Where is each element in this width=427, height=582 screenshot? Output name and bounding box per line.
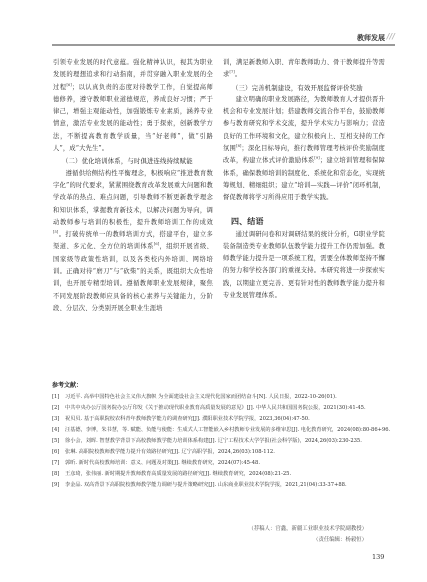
reference-item: [3]祝贝贝. 基于高职院校农科青年教师教学能力的调查研究[J]. 濮阳职业技术… — [52, 414, 395, 425]
reviewer-note: （荐稿人：官鑫，新疆工业职业技术学院副教授） — [248, 524, 367, 532]
section-title: 教师发展 — [357, 33, 385, 43]
reference-item: [7]郭昕. 新时代高校教师培训：意义、问题及对策[J]. 继续教育研究，202… — [52, 458, 395, 469]
left-column: 引领专业发展的时代意蕴。强化精神认识，视其为职业发展的理想追求和行动指南，并贯穿… — [53, 57, 213, 315]
page-number: 139 — [372, 553, 384, 561]
header-decoration: /// — [387, 32, 395, 41]
reference-item: [2]中共中央办公厅国务院办公厅印发《关于推动现代职业教育高质量发展的意见》[J… — [52, 403, 395, 414]
running-header: 教师发展 /// — [52, 30, 395, 46]
references: 参考文献： [1]习近平. 高举中国特色社会主义伟大旗帜 为全面建设社会主义现代… — [52, 381, 395, 491]
paragraph: 遵循供给侧结构性平衡理念，积极响应“推进教育数字化”的时代要求，紧紧围绕教育改革… — [53, 168, 213, 316]
header-rule — [52, 44, 395, 46]
reference-item: [8]王彦琦，张伟丽. 新时期提升教师教育高质量发展的路径研究[J]. 继续教育… — [52, 469, 395, 480]
paragraph: 引领专业发展的时代意蕴。强化精神认识，视其为职业发展的理想追求和行动指南，并贯穿… — [53, 57, 213, 155]
paragraph: 训，满足新教师入职、青年教师助力、骨干教师提升等需求[7]。 — [223, 57, 385, 82]
subsection-heading: （三）完善机制建设，有效开展监督评价奖励 — [223, 82, 385, 94]
references-title: 参考文献： — [52, 381, 395, 391]
reference-item: [5]徐小会，刘晖. 智慧教学背景下高校教师教学能力培训体系构建[J]. 辽宁工… — [52, 436, 395, 447]
reference-item: [1]习近平. 高举中国特色社会主义伟大旗帜 为全面建设社会主义现代化国家而团结… — [52, 392, 395, 403]
subsection-heading: （二）优化培训体系，与时俱进连线持续赋能 — [53, 155, 213, 167]
reference-item: [9]李金品. 双高背景下高职院校教师教学能力调研与提升策略研究[J]. 山东商… — [52, 480, 395, 491]
editor-note: （责任编辑：杨毅恒） — [313, 535, 367, 543]
paragraph: 通过调研问卷和对调研结果的统计分析，G职业学院装备制造类专业教师队伍教学能力提升… — [223, 229, 385, 303]
section-heading: 四、结语 — [223, 215, 385, 229]
right-column: 训，满足新教师入职、青年教师助力、骨干教师提升等需求[7]。 （三）完善机制建设… — [223, 57, 385, 302]
reference-item: [6]张琳. 高职院校教师教学能力提升有效路径研究[J]. 辽宁高职学报，202… — [52, 447, 395, 458]
paragraph: 建立明确的职业发展路径，为教师教育人才提供晋升机会和专业发展计划；搭建教师交流合… — [223, 94, 385, 205]
reference-item: [4]汪基德，李博，朱书慧，等. 赋能、负能与使能：生成式人工智能嵌入乡村教师专… — [52, 425, 395, 436]
